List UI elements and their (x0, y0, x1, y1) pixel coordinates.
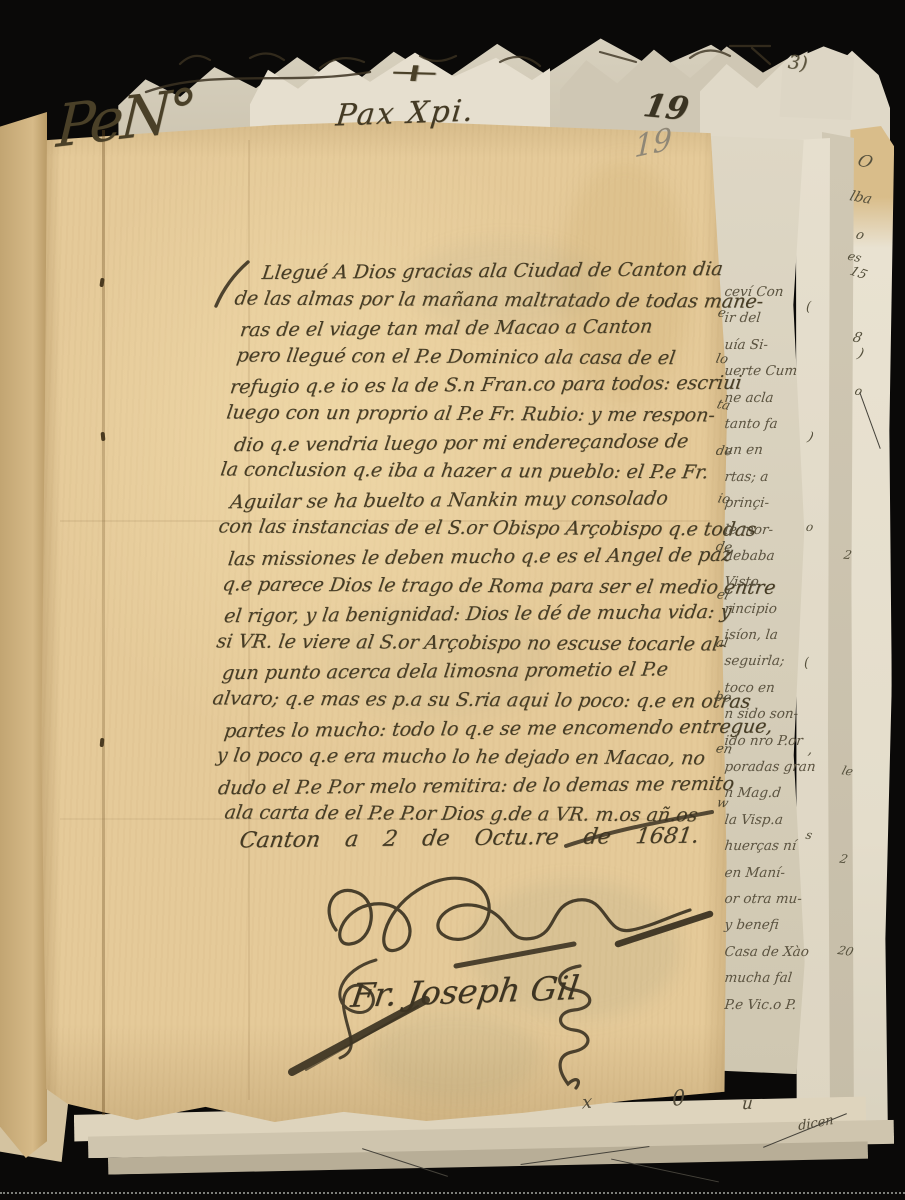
edge-ink-mark: x (582, 1091, 593, 1113)
fragment-line: un en (723, 442, 806, 468)
handwritten-line: y lo poco q.e era mucho lo he dejado en … (214, 745, 736, 777)
handwritten-line: con las instancias de el S.or Obispo Arç… (216, 516, 736, 548)
handwritten-line: ras de el viage tan mal de Macao a Canto… (238, 315, 736, 348)
archival-scan: PeN° + Pax Xpi. 19 19 3) Llegué A Dios g… (0, 0, 905, 1200)
fragment-line: en Maní- (723, 865, 806, 891)
handwritten-line: de las almas por la mañana maltratado de… (232, 287, 736, 319)
fragment-line: uerte Cum (723, 363, 806, 389)
handwritten-line: q.e parece Dios le trago de Roma para se… (220, 573, 736, 605)
signature-underline-slash (286, 992, 436, 1078)
handwritten-line: las missiones le deben mucho q.e es el A… (226, 544, 736, 577)
handwritten-line: la conclusion q.e iba a hazer a un puebl… (218, 459, 736, 491)
fragment-line: rtas; a (723, 469, 806, 495)
fragment-line: poradas gran (723, 759, 806, 785)
fragment-line: le mor- (723, 522, 806, 548)
edge-ink-mark: 0 (672, 1085, 686, 1112)
handwritten-line: refugio q.e io es la de S.n Fran.co para… (228, 372, 736, 405)
corner-mark-swash (142, 64, 377, 98)
fragment-line: y benefi (723, 917, 806, 943)
fragment-line: ir del (723, 310, 806, 336)
edge-ink-mark: ( (804, 655, 810, 671)
line-end-fragment: en (714, 742, 733, 758)
letter-body: Llegué A Dios gracias ala Ciudad de Cant… (228, 260, 734, 832)
fragment-line: isíon, la (723, 627, 806, 653)
fragment-line: Casa de Xào (723, 944, 806, 970)
fragment-line: P.e Vic.o P. (723, 997, 806, 1023)
dateline-flourish (560, 806, 720, 850)
fragment-line: llebaba (723, 548, 806, 574)
handwritten-line: pero llegué con el P.e Dominico ala casa… (234, 344, 736, 376)
handwritten-line: el rigor, y la benignidad: Dios le dé de… (222, 601, 736, 634)
adjacent-page-number: 3) (787, 51, 809, 75)
handwritten-line: Aguilar se ha buelto a Nankin muy consol… (228, 487, 736, 520)
fragment-line: ceví Con (723, 284, 806, 310)
binding-stitch (100, 738, 105, 747)
cross-icon: + (384, 57, 446, 87)
fragment-line: rincipio (723, 601, 806, 627)
line-end-fragment: de (714, 540, 733, 556)
fragment-line: mucha fal (723, 970, 806, 996)
second-page-text-fragments: ceví Conir deluía Si-uerte Cumne aclatan… (724, 284, 804, 1023)
folio-number-ink: 19 (640, 86, 692, 127)
handwritten-line: alvaro; q.e mas es p.a su S.ria aqui lo … (210, 687, 736, 719)
handwritten-line: Llegué A Dios gracias ala Ciudad de Cant… (260, 258, 736, 291)
fragment-line: n sido son- (723, 706, 806, 732)
fragment-line: ido nro P.or (723, 733, 806, 759)
fragment-line: ne acla (723, 390, 806, 416)
fragment-line: toco en (723, 680, 806, 706)
scan-edge-artifact (0, 1192, 905, 1194)
fragment-line: huerças ní (723, 838, 806, 864)
line-end-fragment: de (715, 444, 734, 459)
invocation-pax-christi: Pax Xpi. (334, 94, 476, 134)
edge-ink-mark: ( (806, 300, 812, 316)
previous-page-edge (0, 112, 47, 1158)
binding-stitch (101, 432, 106, 441)
handwritten-line: si VR. le viere al S.or Arçobispo no esc… (214, 630, 736, 662)
fragment-line: tanto fa (723, 416, 806, 442)
edge-ink-mark: u (741, 1094, 753, 1115)
handwritten-line: partes lo mucho: todo lo q.e se me encom… (222, 715, 736, 748)
fragment-line: Visto (723, 574, 806, 600)
handwritten-line: dudo el P.e P.or melo remitira: de lo de… (216, 772, 736, 805)
fragment-line: n Mag.d (723, 785, 806, 811)
handwritten-line: gun punto acerca dela limosna prometio e… (220, 658, 736, 691)
handwritten-line: luego con un proprio al P.e Fr. Rubio: y… (224, 401, 736, 433)
fragment-line: la Visp.a (723, 812, 806, 838)
fragment-line: or otra mu- (723, 891, 806, 917)
fragment-line: uía Si- (723, 337, 806, 363)
signature-paraph (538, 962, 610, 1092)
fragment-line: seguirla; (723, 653, 806, 679)
fragment-line: prinçi- (723, 495, 806, 521)
handwritten-line: dio q.e vendria luego por mi endereçando… (232, 429, 736, 462)
